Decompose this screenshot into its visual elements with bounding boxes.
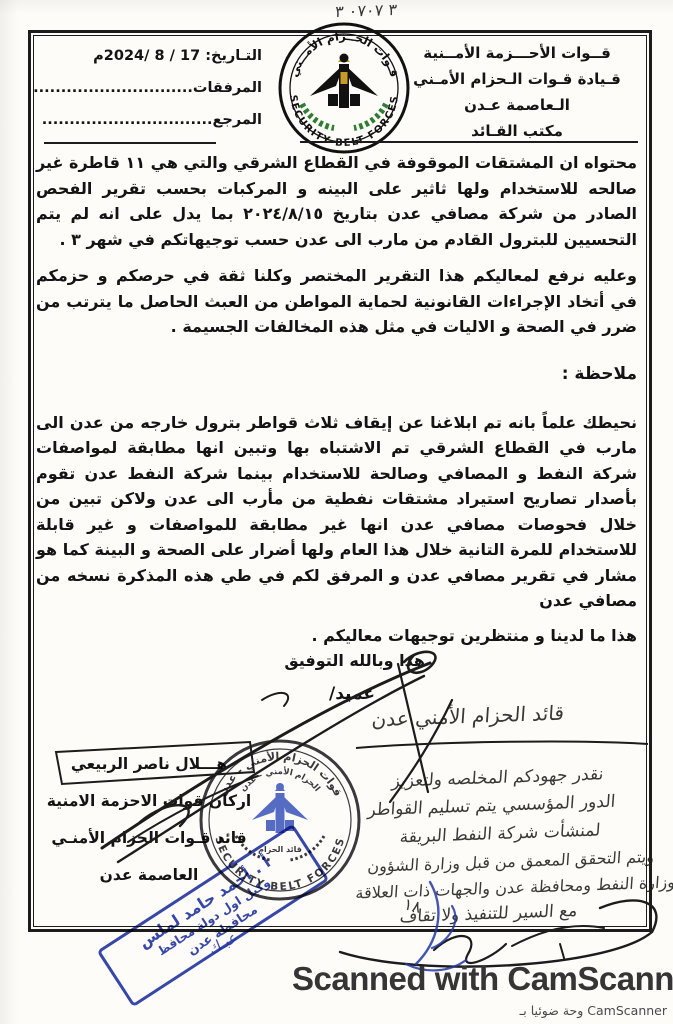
- header-separator-left: [44, 142, 216, 144]
- paragraph-3: نحيطك علماً بانه تم ابلاغنا عن إيقاف ثلا…: [36, 410, 637, 614]
- date-line: التـاريخ: 17 / 8 /2024م: [52, 40, 262, 72]
- paragraph-2: وعليه نرفع لمعاليكم هذا التقرير المختصر …: [36, 263, 637, 340]
- camscanner-watermark-arabic: وحة ضوئيا بـ CamScanner: [520, 1003, 667, 1018]
- scanned-letter-page: ٣ ٠٧٠٧ ٣ قــوات الأحـــزمة الأمــنية قـي…: [0, 0, 673, 1024]
- header-separator-right: [300, 141, 638, 143]
- benediction-line: هذا وبالله التوفيق: [245, 651, 425, 670]
- emblem-eagle: [310, 54, 378, 109]
- camscanner-watermark: Scanned with CamScanner: [292, 960, 672, 998]
- paragraph-1: محتواه ان المشتقات الموقوفة في القطاع ال…: [36, 150, 637, 252]
- org-city-line: الـعاصمة عـدن: [397, 92, 637, 118]
- stamp-eagle: [252, 783, 308, 833]
- security-belt-forces-emblem: قـوات الحــزام الأمــني SECURITY BELT FO…: [276, 20, 412, 156]
- letterhead-org-block: قــوات الأحـــزمة الأمــنية قـيادة قـوات…: [397, 40, 637, 144]
- note-heading: ملاحظة :: [36, 364, 637, 384]
- closing-line: هذا ما لدينا و منتظرين توجيهات معاليكم .: [36, 626, 637, 645]
- reference-line: المرجع...............................: [52, 104, 262, 136]
- rank-label: عميد/: [305, 684, 375, 704]
- org-name-line: قــوات الأحـــزمة الأمــنية: [397, 40, 637, 66]
- org-command-line: قـيادة قـوات الـحزام الأمـني: [397, 66, 637, 92]
- letter-body: محتواه ان المشتقات الموقوفة في القطاع ال…: [36, 146, 637, 704]
- letterhead-meta-block: التـاريخ: 17 / 8 /2024م المرفقات........…: [52, 40, 262, 136]
- attachments-line: المرفقات.............................: [52, 72, 262, 104]
